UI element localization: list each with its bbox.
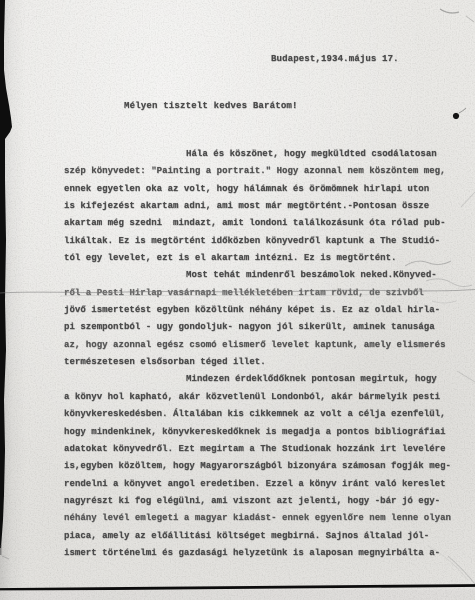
ink-dot-artifact bbox=[453, 113, 459, 119]
bottom-scan-line-artifact bbox=[0, 586, 475, 590]
letter-line: Most tehát mindenről beszámolok neked.Kö… bbox=[64, 267, 460, 284]
letter-line: néhány levél emlegeti a magyar kiadást- … bbox=[64, 510, 460, 527]
letter-line: likáltak. Ez is megtörtént időközben kön… bbox=[64, 233, 460, 250]
letter-line: nagyrészt ki fog elégülni, ami viszont a… bbox=[64, 493, 460, 510]
letter-page: Budapest,1934.május 17. Mélyen tisztelt … bbox=[0, 0, 475, 600]
left-edge-black-strip-artifact bbox=[0, 0, 12, 548]
letter-line: a könyv hol kapható, akár közvetlenül Lo… bbox=[64, 389, 460, 406]
ink-dot-tail bbox=[459, 108, 466, 113]
top-right-edge-mark bbox=[466, 16, 474, 22]
letter-line: jövő ismertetést egyben közöltünk néhány… bbox=[64, 302, 460, 319]
letter-line: hogy mindenkinek, könyvkereskedőknek is … bbox=[64, 424, 460, 441]
letter-line: ennek egyetlen oka az volt, hogy hálámna… bbox=[64, 181, 460, 198]
letter-line: könyvkereskedésben. Általában kis cikkem… bbox=[64, 406, 460, 423]
letter-line: az, hogy azonnal egész csomó elismerő le… bbox=[64, 337, 460, 354]
dateline: Budapest,1934.május 17. bbox=[271, 54, 399, 64]
right-edge-scratch-1 bbox=[461, 192, 475, 207]
letter-line: adatokat könyvedről. Ezt megirtam a The … bbox=[64, 441, 460, 458]
letter-line: szép könyvedet: "Painting a portrait." H… bbox=[64, 163, 460, 180]
letter-line: tól egy levelet, ezt is el akartam intéz… bbox=[64, 250, 460, 267]
letter-line: is,egyben közöltem, hogy Magyarországból… bbox=[64, 458, 460, 475]
bottom-left-mark bbox=[2, 556, 9, 559]
letter-line: rendelni a könyvet angol eredetiben. Ezz… bbox=[64, 476, 460, 493]
letter-line: Hála és köszönet, hogy megküldted csodál… bbox=[64, 146, 460, 163]
letter-line: Mindezen érdeklődőknek pontosan megirtuk… bbox=[64, 371, 460, 388]
letter-line: ismert történelmi és gazdasági helyzetün… bbox=[64, 545, 460, 562]
letter-line: is kifejezést akartam adni, ami most már… bbox=[64, 198, 460, 215]
letter-line: akartam még szedni mindazt, amit londoni… bbox=[64, 215, 460, 232]
below-scan-line-shading bbox=[0, 590, 475, 600]
letter-body: Hála és köszönet, hogy megküldted csodál… bbox=[64, 146, 460, 562]
top-right-squiggle bbox=[440, 9, 459, 13]
letter-line: ről a Pesti Hirlap vasárnapi mellékletéb… bbox=[64, 285, 460, 302]
letter-line: piaca, amely az előállitási költséget me… bbox=[64, 528, 460, 545]
letter-line: pi szempontból - ugy gondoljuk- nagyon j… bbox=[64, 319, 460, 336]
salutation: Mélyen tisztelt kedves Barátom! bbox=[124, 101, 298, 111]
letter-line: természetesen elsősorban téged illet. bbox=[64, 354, 460, 371]
left-edge-strip-tail bbox=[0, 545, 2, 555]
